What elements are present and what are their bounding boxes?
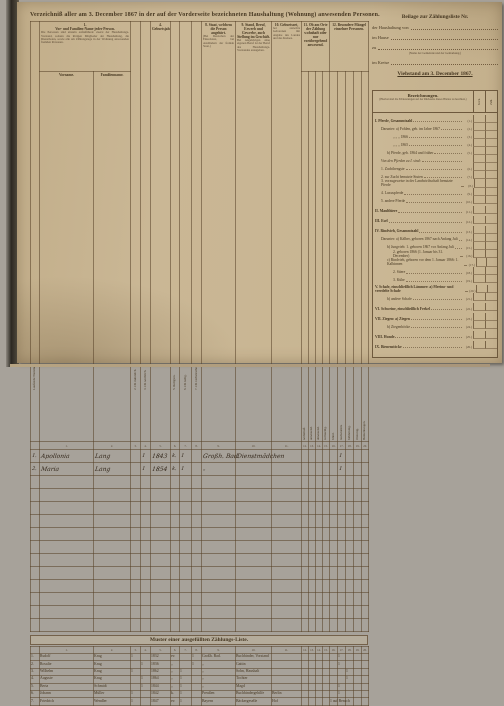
livestock-item-number: (10.) (463, 200, 473, 204)
livestock-item-number: (13.) (463, 230, 473, 234)
dotted-leader (411, 327, 462, 328)
livestock-count-cell (485, 131, 497, 139)
livestock-count-cell (485, 139, 497, 147)
livestock-row: b) Jungvieh: 1. geboren 1867 vor Anfang … (373, 242, 497, 250)
blank-line (378, 44, 498, 50)
dotted-leader (409, 137, 462, 138)
dotted-leader (431, 309, 462, 310)
livestock-count-cell (473, 216, 485, 224)
dotted-leader (461, 186, 463, 187)
livestock-count-cell (473, 226, 485, 234)
livestock-count-cell (485, 250, 497, 259)
livestock-label: I. Pferde, Gesammtzahl (373, 119, 412, 123)
livestock-item-number: (6.) (463, 167, 473, 171)
livestock-item-number: (1.) (463, 119, 473, 123)
dotted-leader (434, 153, 462, 154)
blank-line (411, 24, 498, 30)
dotted-leader (465, 291, 467, 292)
livestock-count-cell (485, 188, 497, 196)
livestock-count-cell (485, 196, 497, 204)
livestock-row: VI. Schweine, einschließlich Ferkel(22.) (373, 303, 497, 311)
blank-line (391, 59, 498, 65)
livestock-item-number: (18.) (463, 271, 473, 275)
livestock-row: IV. Rindvieh, Gesammtzahl(13.) (373, 226, 497, 234)
dotted-leader (455, 248, 462, 249)
column-remarks: 12. Besondere Mängel einzelner Personen. (330, 22, 369, 72)
form-line-house: im Hause (372, 34, 498, 40)
livestock-count-cell (473, 147, 485, 155)
subcolumn-residence-4: zeitweilig. (323, 72, 330, 368)
livestock-count-cell (485, 147, 497, 155)
livestock-count-cell (485, 123, 497, 131)
livestock-count-cell (485, 234, 497, 242)
livestock-count-cell (473, 123, 485, 131)
dotted-leader (389, 222, 462, 223)
livestock-row: Darunter: a) Fohlen, geb. im Jahre 1867(… (373, 123, 497, 131)
livestock-count-cell (473, 267, 485, 275)
dotted-leader (395, 337, 462, 338)
livestock-count-cell (473, 341, 485, 349)
livestock-count-column-1: Stück. (473, 91, 485, 112)
livestock-count-cell (473, 242, 485, 250)
livestock-count-cell (473, 131, 485, 139)
livestock-item-number: (2.) (463, 127, 473, 131)
dotted-leader (406, 281, 462, 282)
dotted-leader (398, 212, 462, 213)
livestock-count-cell (473, 155, 485, 163)
livestock-count-cell (485, 179, 497, 188)
subcolumn-remarks-4: irrsinnig. (354, 72, 362, 368)
livestock-header-label: Bezeichnungen. (Hierbei sind die Erläute… (373, 91, 473, 112)
livestock-item-number: (16.) (463, 254, 473, 258)
dotted-leader (404, 194, 462, 195)
census-table: Laufende Nummer. 1. Vor- und Familien-Na… (30, 21, 369, 367)
livestock-count-cell (473, 139, 485, 147)
livestock-count-cell (473, 313, 485, 321)
dotted-leader (422, 161, 462, 162)
blank-line (391, 34, 498, 40)
livestock-item-number: (26.) (463, 345, 473, 349)
livestock-row: 2. geboren 1866 (1. Januar bis 31. Decem… (373, 250, 497, 259)
livestock-count-cell (485, 313, 497, 321)
sheet-title: Verzeichniß aller am 3. December 1867 in… (30, 12, 368, 18)
livestock-row: Darunter: a) Kälber, geboren 1867 nach A… (373, 234, 497, 242)
subcolumn-remarks-1: blind. (330, 72, 338, 368)
livestock-count-cell (485, 206, 497, 214)
column-female: 3. Ob weiblich. (141, 22, 151, 368)
livestock-row: 2. zur Zucht benutzte Stuten(7.) (373, 171, 497, 179)
livestock-row: Von den Pferden zu I. sind: (373, 155, 497, 163)
livestock-rows: I. Pferde, Gesammtzahl(1.)Darunter: a) F… (373, 113, 497, 356)
livestock-label: VI. Schweine, einschließlich Ferkel (373, 307, 430, 311)
column-state: 8. Staat, welchem die Person angehört. (… (202, 22, 236, 368)
livestock-count-cell (473, 163, 485, 171)
dotted-leader (413, 299, 462, 300)
livestock-label: 2. geboren 1866 (1. Januar bis 31. Decem… (373, 250, 459, 259)
subcolumn-family-name: Familienname. (94, 72, 131, 368)
dotted-leader (409, 145, 462, 146)
livestock-count-cell (485, 242, 497, 250)
livestock-count-cell (473, 293, 485, 301)
livestock-count-cell (473, 250, 485, 259)
livestock-count-cell (485, 293, 497, 301)
livestock-label: 3. Kühe (373, 278, 405, 282)
livestock-count-cell (473, 115, 485, 123)
dotted-leader (460, 256, 462, 257)
livestock-row: 3. vorzugsweise in der Landwirthschaft b… (373, 179, 497, 188)
form-line-household: der Haushaltung von (372, 24, 498, 30)
subcolumn-first-name: Vorname. (40, 72, 94, 368)
scanned-census-document: Verzeichniß aller am 3. December 1867 in… (0, 0, 504, 367)
livestock-count-cell (476, 258, 487, 267)
livestock-row: 2. Stiere(18.) (373, 267, 497, 275)
livestock-item-number: (22.) (463, 307, 473, 311)
livestock-row: „ „ „ 1866(3.) (373, 131, 497, 139)
livestock-row: II. Maulthiere(11.) (373, 206, 497, 214)
livestock-label: V. Schafe, einschließlich Lämmer: a) Mer… (373, 285, 464, 294)
livestock-label: b) andere Schafe (373, 297, 412, 301)
dotted-leader (406, 202, 462, 203)
livestock-count-cell (485, 321, 497, 329)
livestock-row: b) andere Schafe(21.) (373, 293, 497, 301)
livestock-count-cell (473, 331, 485, 339)
column-birth-year: 4. Geburtsjahr. (151, 22, 171, 368)
livestock-item-number: (7.) (463, 175, 473, 179)
column-running-number: Laufende Nummer. (31, 22, 40, 368)
livestock-item-number: (3.) (463, 135, 473, 139)
livestock-label: Darunter: a) Fohlen, geb. im Jahre 1867 (373, 127, 440, 131)
subcolumn-remarks-5: Bemerkungen. (362, 72, 369, 368)
livestock-item-number: (21.) (463, 297, 473, 301)
livestock-count-cell (485, 216, 497, 224)
dotted-leader (441, 129, 462, 130)
livestock-label: 3. vorzugsweise in der Landwirthschaft b… (373, 179, 460, 188)
livestock-label: 2. Stiere (373, 270, 405, 274)
livestock-count-cell (473, 206, 485, 214)
livestock-row: b) Ziegenböcke(24.) (373, 321, 497, 329)
subcolumn-residence-2: anwesend. (309, 72, 316, 368)
livestock-count-cell (485, 275, 497, 283)
livestock-count-cell (473, 188, 485, 196)
livestock-item-number: (4.) (463, 143, 473, 147)
column-male: 2. Ob männlich. (131, 22, 141, 368)
livestock-item-number: (24.) (463, 325, 473, 329)
livestock-label: b) Ziegenböcke (373, 325, 410, 329)
livestock-row: 5. andere Pferde(10.) (373, 196, 497, 204)
livestock-row: IX. Bienenstöcke(26.) (373, 341, 497, 349)
dotted-leader (406, 273, 462, 274)
livestock-label: IX. Bienenstöcke (373, 345, 402, 349)
livestock-label: c) Rindvieh, geboren vor dem 1. Januar 1… (373, 258, 463, 267)
form-line-place: zu (372, 44, 498, 50)
form-line-note: (Name der Gemeinde und der Gemarkung.) (372, 51, 498, 55)
dotted-leader (459, 240, 462, 241)
livestock-item-number: (5.) (463, 151, 473, 155)
livestock-count-cell (473, 321, 485, 329)
livestock-count-cell (487, 285, 497, 294)
livestock-count-cell (473, 234, 485, 242)
livestock-label: 5. andere Pferde (373, 199, 405, 203)
livestock-count-cell (473, 303, 485, 311)
livestock-count-cell (485, 171, 497, 179)
column-birthplace: 10. Geburtsort, bei auswärts Geborenen m… (272, 22, 302, 368)
livestock-item-number: (19.) (463, 279, 473, 283)
livestock-count-cell (485, 155, 497, 163)
column-married: 7. Ob verheirathet. (192, 22, 202, 368)
livestock-count-cell (476, 285, 486, 294)
livestock-row: „ „ „ 1865(4.) (373, 139, 497, 147)
livestock-count-cell (486, 258, 497, 267)
column-single: 6. Ob ledig. (180, 22, 192, 368)
livestock-count-cell (485, 115, 497, 123)
livestock-row: b) Pferde, geb. 1864 und früher(5.) (373, 147, 497, 155)
dotted-leader (403, 347, 462, 348)
livestock-count-cell (485, 267, 497, 275)
livestock-count-cell (485, 163, 497, 171)
dotted-leader (411, 319, 462, 320)
livestock-row: VIII. Hunde(25.) (373, 331, 497, 339)
livestock-label: III. Esel (373, 219, 388, 223)
livestock-table: Bezeichnungen. (Hierbei sind die Erläute… (372, 90, 498, 358)
livestock-row: 1. Zuchthengste(6.) (373, 163, 497, 171)
livestock-label: „ „ „ 1866 (373, 135, 408, 139)
livestock-row: V. Schafe, einschließlich Lämmer: a) Mer… (373, 285, 497, 294)
livestock-item-number: (9.) (463, 192, 473, 196)
livestock-count-cell (473, 171, 485, 179)
livestock-count-cell (485, 303, 497, 311)
livestock-count-cell (485, 331, 497, 339)
column-name: 1. Vor- und Familien-Name jeder Person. … (40, 22, 131, 72)
livestock-row: 4. Luxuspferde(9.) (373, 188, 497, 196)
beilage-panel: Beilage zur Zählungsliste Nr. der Hausha… (372, 14, 498, 77)
form-line-district: im Kreise (372, 59, 498, 65)
dotted-leader (406, 169, 462, 170)
census-table-header: Laufende Nummer. 1. Vor- und Familien-Na… (31, 22, 369, 368)
livestock-label: 4. Luxuspferde (373, 191, 403, 195)
dotted-leader (419, 232, 462, 233)
livestock-row: III. Esel(12.) (373, 216, 497, 224)
livestock-label: Darunter: a) Kälber, geboren 1867 nach A… (373, 237, 458, 241)
subcolumn-residence-3: abwesend. (316, 72, 323, 368)
livestock-count-cell (473, 275, 485, 283)
livestock-count-column-2: Zahl. (485, 91, 497, 112)
livestock-row: VII. Ziegen: a) Ziegen(23.) (373, 313, 497, 321)
livestock-item-number: (25.) (463, 335, 473, 339)
livestock-item-number: (15.) (463, 246, 473, 250)
livestock-label: b) Pferde, geb. 1864 und früher (373, 151, 433, 155)
dotted-leader (424, 177, 462, 178)
column-religion: 5. Religion. (171, 22, 180, 368)
column-residence: 11. Ob am Orte der Zählung wohnhaft oder… (302, 22, 330, 72)
livestock-row: 3. Kühe(19.) (373, 275, 497, 283)
livestock-count-cell (474, 179, 486, 188)
dotted-leader (464, 265, 466, 266)
livestock-label: 1. Zuchthengste (373, 167, 405, 171)
livestock-label: Von den Pferden zu I. sind: (373, 159, 421, 163)
livestock-item-number: (14.) (463, 238, 473, 242)
livestock-item-number: (11.) (463, 210, 473, 214)
livestock-label: II. Maulthiere (373, 209, 397, 213)
livestock-item-number: (23.) (463, 317, 473, 321)
livestock-count-cell (473, 196, 485, 204)
census-list-sheet: Verzeichniß aller am 3. December 1867 in… (30, 12, 368, 367)
subcolumn-remarks-2: taubstumm. (338, 72, 346, 368)
subcolumn-remarks-3: blödsinnig. (346, 72, 354, 368)
livestock-label: VIII. Hunde (373, 335, 394, 339)
subcolumn-residence-1: wohnhaft. (302, 72, 309, 368)
livestock-label: „ „ „ 1865 (373, 143, 408, 147)
livestock-row: I. Pferde, Gesammtzahl(1.) (373, 115, 497, 123)
column-occupation: 9. Stand, Beruf, Erwerb und Gewerbe, auc… (236, 22, 272, 368)
dotted-leader (413, 121, 462, 122)
livestock-row: c) Rindvieh, geboren vor dem 1. Januar 1… (373, 258, 497, 267)
livestock-item-number: (12.) (463, 220, 473, 224)
livestock-label: IV. Rindvieh, Gesammtzahl (373, 229, 418, 233)
livestock-subtitle: Viehstand am 3. December 1867. (372, 71, 498, 77)
beilage-title: Beilage zur Zählungsliste Nr. (372, 14, 498, 20)
livestock-count-cell (485, 226, 497, 234)
paper-sheet: Verzeichniß aller am 3. December 1867 in… (17, 2, 502, 363)
livestock-count-cell (485, 341, 497, 349)
livestock-label: VII. Ziegen: a) Ziegen (373, 317, 410, 321)
livestock-table-header: Bezeichnungen. (Hierbei sind die Erläute… (373, 91, 497, 113)
